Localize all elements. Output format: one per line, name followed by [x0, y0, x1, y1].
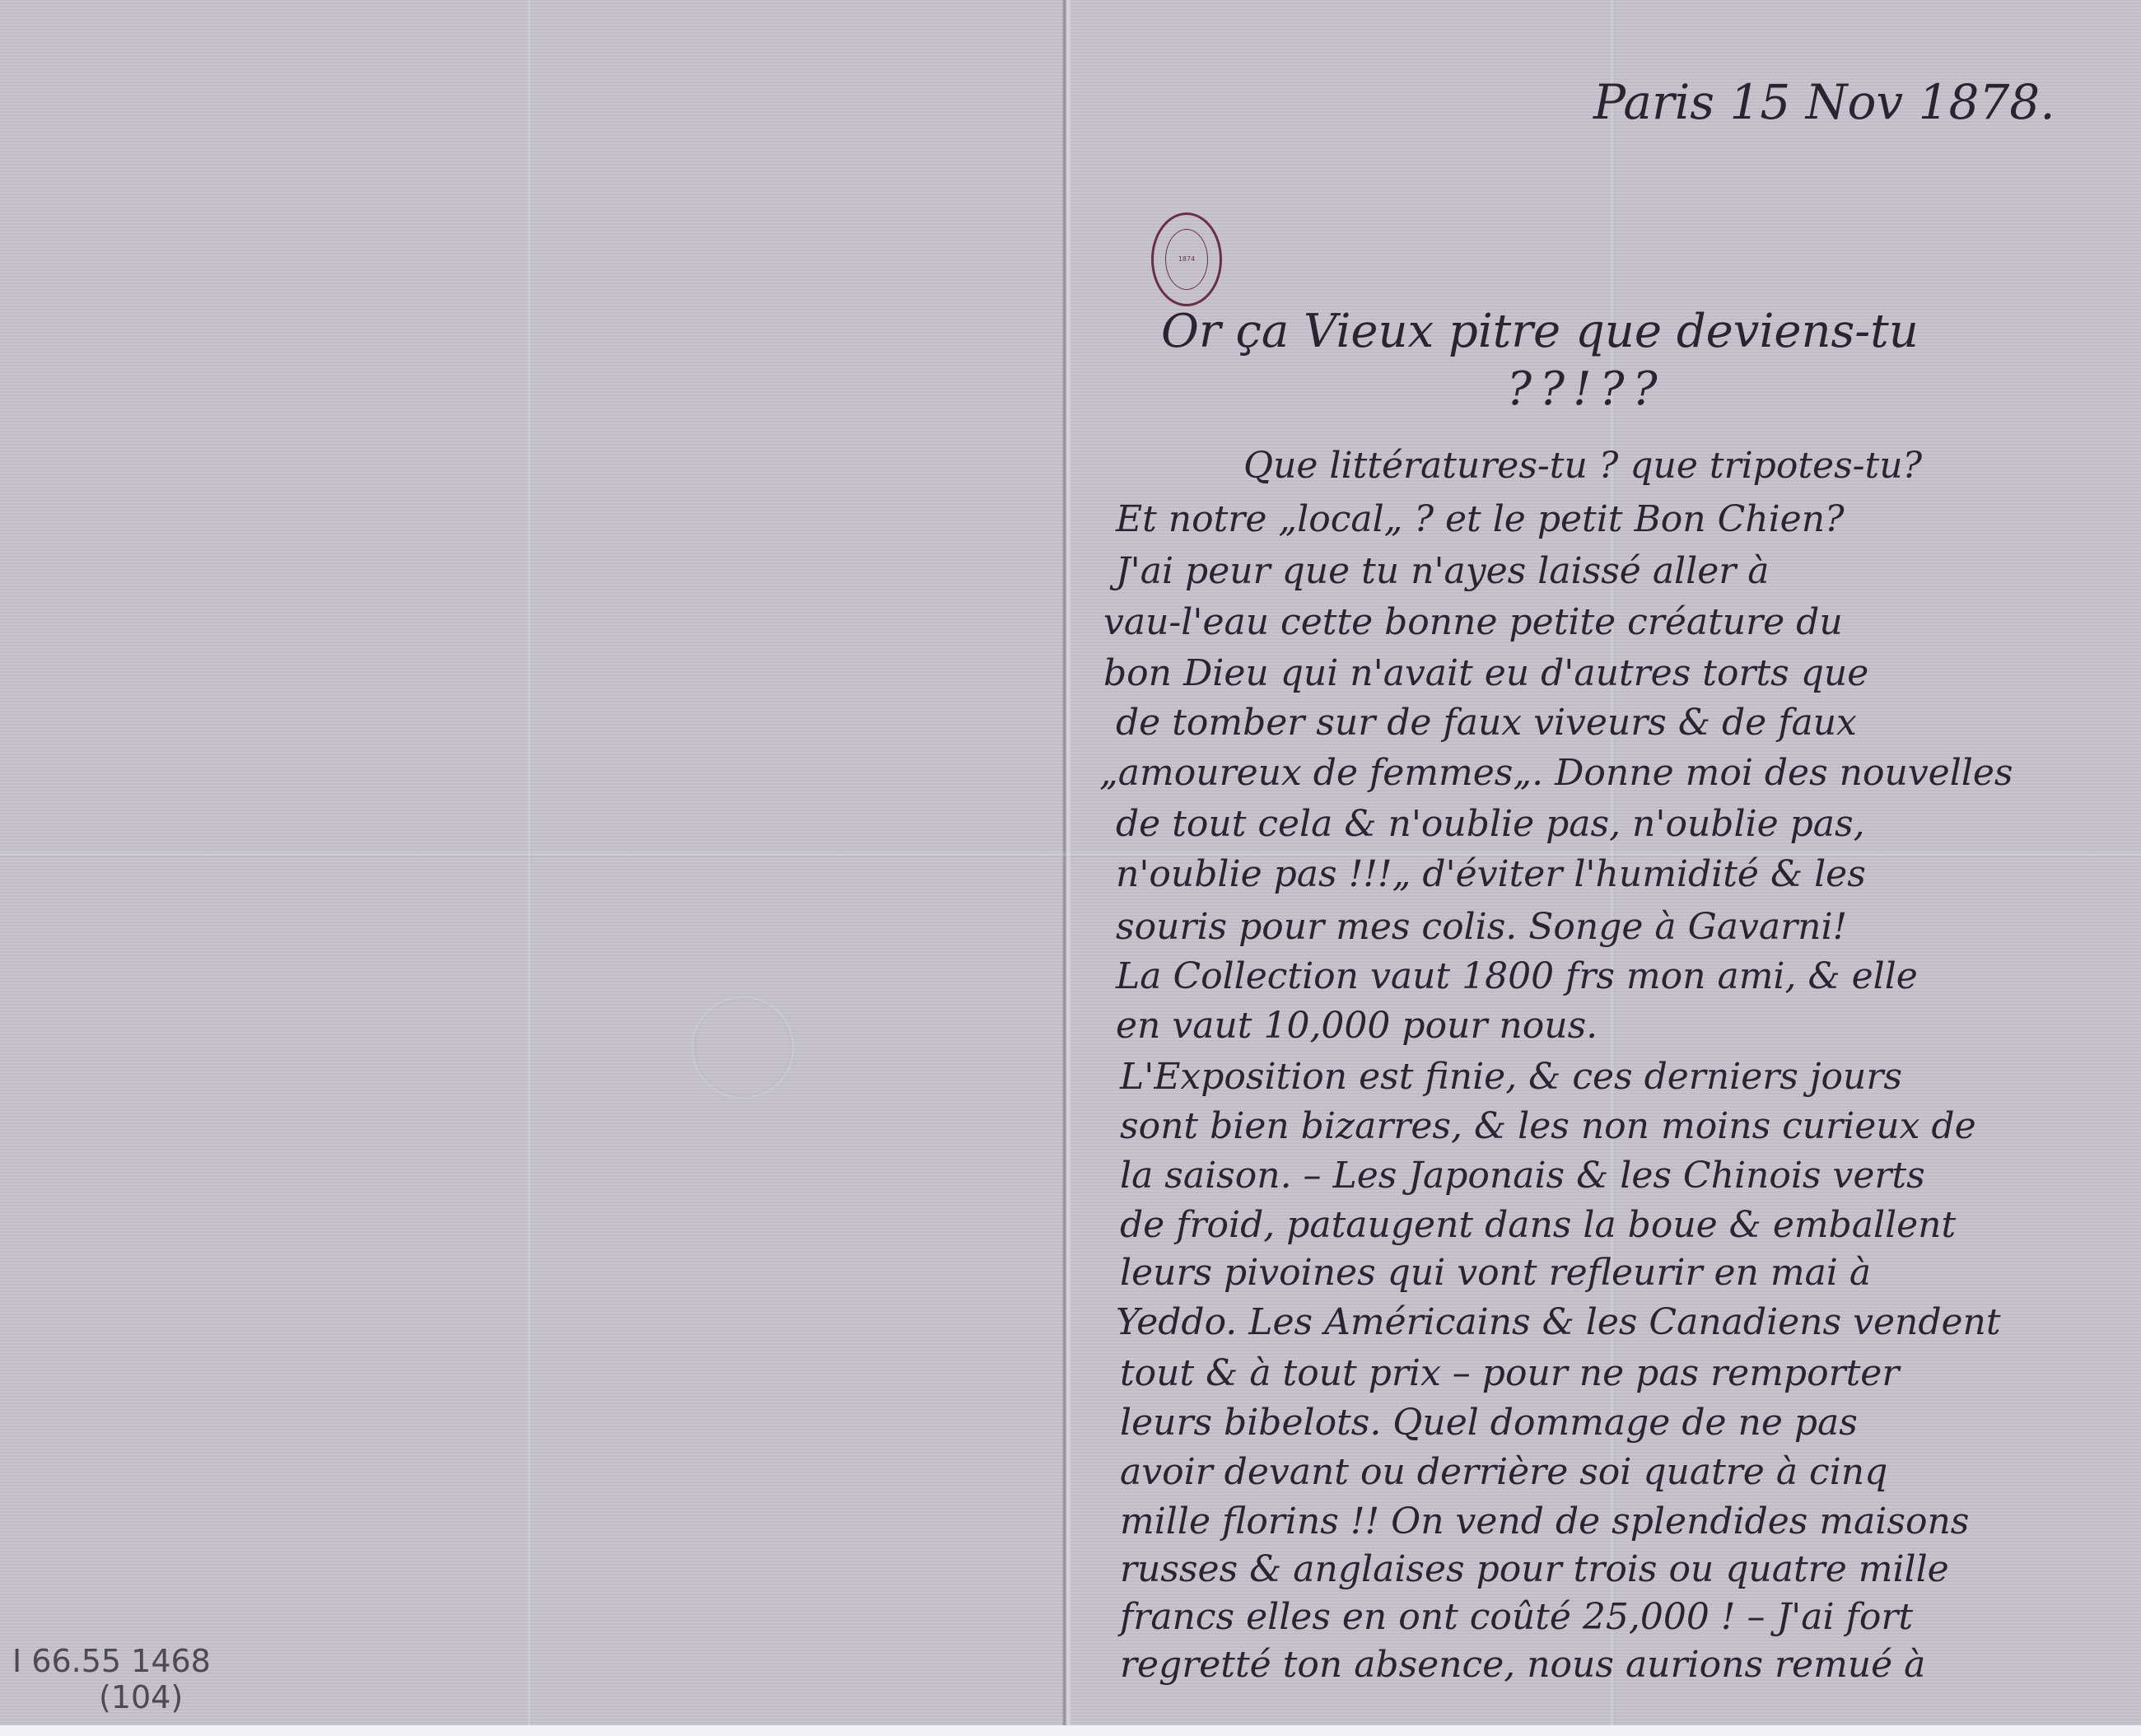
embossed-watermark-icon: [692, 996, 794, 1099]
letter-dateline: Paris 15 Nov 1878.: [1593, 74, 2055, 130]
letter-line: Yeddo. Les Américains & les Canadiens ve…: [1116, 1301, 2001, 1343]
letter-line: La Collection vaut 1800 frs mon ami, & e…: [1116, 955, 1918, 997]
letter-line: leurs bibelots. Quel dommage de ne pas: [1120, 1402, 1858, 1444]
center-fold: [1062, 0, 1070, 1725]
letter-line: de tomber sur de faux viveurs & de faux: [1116, 702, 1857, 744]
letter-line: Et notre „local„ ? et le petit Bon Chien…: [1116, 498, 1845, 540]
letter-line: regretté ton absence, nous aurions remué…: [1120, 1644, 1925, 1686]
letter-line: Que littératures-tu ? que tripotes-tu?: [1243, 445, 1922, 487]
letter-line: n'oublie pas !!!„ d'éviter l'humidité & …: [1116, 853, 1866, 895]
letter-line: J'ai peur que tu n'ayes laissé aller à: [1116, 550, 1769, 592]
letter-line: souris pour mes colis. Songe à Gavarni!: [1116, 906, 1847, 948]
letter-line: francs elles en ont coûté 25,000 ! – J'a…: [1120, 1596, 1913, 1638]
salutation-marks: ??!??: [1507, 362, 1666, 416]
shelfmark-number: I 66.55 1468: [12, 1643, 211, 1679]
letter-line: avoir devant ou derrière soi quatre à ci…: [1120, 1451, 1887, 1493]
library-stamp-icon: 1874: [1151, 212, 1222, 306]
letter-line: en vaut 10,000 pour nous.: [1116, 1005, 1598, 1047]
stamp-year: 1874: [1178, 256, 1195, 264]
shelfmark-item: (104): [12, 1679, 211, 1715]
letter-line: la saison. – Les Japonais & les Chinois …: [1120, 1155, 1925, 1197]
vertical-crease-left: [527, 0, 532, 1725]
archive-shelfmark: I 66.55 1468 (104): [12, 1643, 211, 1715]
letter-line: tout & à tout prix – pour ne pas remport…: [1120, 1352, 1899, 1394]
letter-line: L'Exposition est finie, & ces derniers j…: [1120, 1056, 1902, 1098]
letter-line: de froid, pataugent dans la boue & embal…: [1120, 1204, 1956, 1246]
letter-line: mille florins !! On vend de splendides m…: [1120, 1500, 1969, 1542]
letter-line: „amoureux de femmes„. Donne moi des nouv…: [1099, 752, 2013, 794]
letter-line: bon Dieu qui n'avait eu d'autres torts q…: [1103, 652, 1868, 694]
letter-line: vau-l'eau cette bonne petite créature du: [1103, 601, 1843, 643]
stamp-center: 1874: [1165, 229, 1208, 290]
letter-line: de tout cela & n'oublie pas, n'oublie pa…: [1116, 803, 1865, 845]
letter-line: sont bien bizarres, & les non moins curi…: [1120, 1105, 1976, 1147]
letter-line: russes & anglaises pour trois ou quatre …: [1120, 1548, 1949, 1590]
letter-line: leurs pivoines qui vont refleurir en mai…: [1120, 1252, 1871, 1294]
letter-salutation: Or ça Vieux pitre que deviens-tu: [1161, 305, 1919, 358]
